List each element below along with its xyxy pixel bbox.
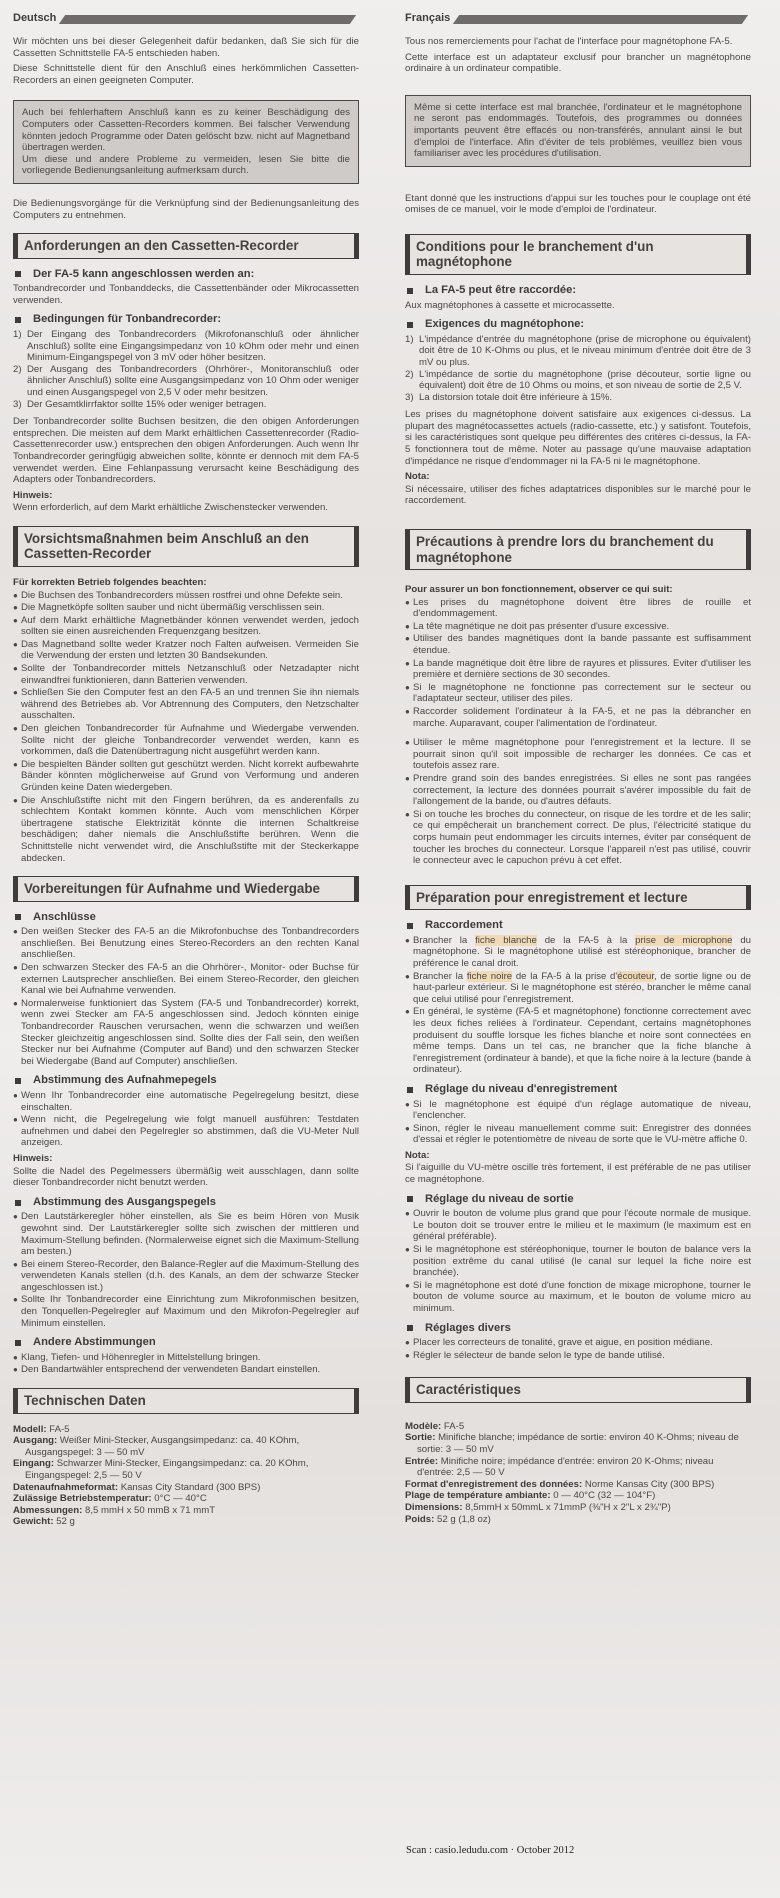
precautions-list: ●Les prises du magnétophone doivent être… xyxy=(405,597,751,867)
bullet-icon: ● xyxy=(13,1364,21,1376)
list-item: ●Si le magnétophone est équipé d'un régl… xyxy=(405,1099,751,1122)
intro-paragraph: Diese Schnittstelle dient für den Anschl… xyxy=(13,63,359,86)
connections-list: ●Den weißen Stecker des FA-5 an die Mikr… xyxy=(13,926,359,1067)
bullet-icon: ● xyxy=(405,809,413,867)
section-heading: Vorbereitungen für Aufnahme und Wiederga… xyxy=(13,876,359,902)
list-item: ●Placer les correcteurs de tonalité, gra… xyxy=(405,1337,751,1349)
list-item: ●Den gleichen Tonbandrecorder für Aufnah… xyxy=(13,723,359,758)
notice-text: Auch bei fehlerhaftem Anschluß kann es z… xyxy=(22,107,350,153)
list-item: ●Utiliser des bandes magnétiques dont la… xyxy=(405,633,751,656)
bullet-icon: ● xyxy=(405,737,413,772)
bullet-icon: ● xyxy=(13,1352,21,1364)
list-item: ●Utiliser le même magnétophone pour l'en… xyxy=(405,737,751,772)
subsection-heading: Réglage du niveau d'enregistrement xyxy=(405,1084,751,1096)
square-bullet-icon xyxy=(407,288,413,294)
list-item: ●Brancher la fiche blanche de la FA-5 à … xyxy=(405,935,751,970)
list-item: ●Brancher la fiche noire de la FA-5 à la… xyxy=(405,971,751,1006)
note-label: Nota: xyxy=(405,471,751,483)
output-level-list: ●Ouvrir le bouton de volume plus grand q… xyxy=(405,1208,751,1314)
other-adjustments-list: ●Klang, Tiefen- und Höhenregler in Mitte… xyxy=(13,1352,359,1376)
spec-row: Datenaufnahmeformat: Kansas City Standar… xyxy=(13,1482,359,1494)
subsection-heading: Réglages divers xyxy=(405,1323,751,1335)
square-bullet-icon xyxy=(407,1087,413,1093)
square-bullet-icon xyxy=(407,322,413,328)
precautions-list: ●Die Buchsen des Tonbandrecorders müssen… xyxy=(13,590,359,865)
spec-row: Modèle: FA-5 xyxy=(405,1421,751,1433)
square-bullet-icon xyxy=(15,914,21,920)
square-bullet-icon xyxy=(15,1078,21,1084)
scanned-manual-page: Deutsch Wir möchten uns bei dieser Geleg… xyxy=(0,0,780,1898)
spec-row: Entrée: Minifiche noire; impédance d'ent… xyxy=(405,1456,751,1479)
highlighted-text: prise de microphone xyxy=(635,935,732,946)
list-item: ●En général, le système (FA-5 et magnéto… xyxy=(405,1006,751,1076)
bullet-icon: ● xyxy=(13,1114,21,1149)
list-item: 1)Der Eingang des Tonbandrecorders (Mikr… xyxy=(13,329,359,364)
decorative-slanted-bar xyxy=(59,15,356,24)
list-item: ●Si le magnétophone ne fonctionne pas co… xyxy=(405,682,751,705)
square-bullet-icon xyxy=(407,1325,413,1331)
list-item: 3)Der Gesamtklirrfaktor sollte 15% oder … xyxy=(13,399,359,411)
spec-row: Sortie: Minifiche blanche; impédance de … xyxy=(405,1432,751,1455)
bullet-icon: ● xyxy=(13,962,21,997)
bullet-icon: ● xyxy=(405,1280,413,1315)
body-text: Aux magnétophones à cassette et microcas… xyxy=(405,300,751,312)
decorative-slanted-bar xyxy=(453,15,748,24)
bullet-icon: ● xyxy=(405,682,413,705)
subsection-heading: Exigences du magnétophone: xyxy=(405,319,751,331)
warning-notice-box: Auch bei fehlerhaftem Anschluß kann es z… xyxy=(13,100,359,184)
square-bullet-icon xyxy=(15,1340,21,1346)
language-header-german: Deutsch xyxy=(13,12,359,26)
highlighted-text: fiche blanche xyxy=(475,935,537,946)
bullet-icon: ● xyxy=(13,1211,21,1257)
intro-paragraph: Cette interface est un adaptateur exclus… xyxy=(405,52,751,75)
list-item: ●Die Magnetköpfe sollten sauber und nich… xyxy=(13,602,359,614)
list-item: 2)L'impédance de sortie du magnétophone … xyxy=(405,369,751,392)
list-item: ●Wenn nicht, die Pegelregelung wie folgt… xyxy=(13,1114,359,1149)
body-text: Tonbandrecorder und Tonbanddecks, die Ca… xyxy=(13,283,359,306)
spec-row: Gewicht: 52 g xyxy=(13,1516,359,1528)
numbered-requirements-list: 1)Der Eingang des Tonbandrecorders (Mikr… xyxy=(13,329,359,410)
list-item: ●Den weißen Stecker des FA-5 an die Mikr… xyxy=(13,926,359,961)
spec-row: Format d'enregistrement des données: Nor… xyxy=(405,1479,751,1491)
list-item: 2)Der Ausgang des Tonbandrecorders (Ohrh… xyxy=(13,364,359,399)
recording-level-list: ●Si le magnétophone est équipé d'un régl… xyxy=(405,1099,751,1146)
connection-list: ●Brancher la fiche blanche de la FA-5 à … xyxy=(405,935,751,1076)
bullet-icon: ● xyxy=(13,723,21,758)
body-text: Der Tonbandrecorder sollte Buchsen besit… xyxy=(13,416,359,486)
bullet-icon: ● xyxy=(405,621,413,633)
list-item: ●Wenn Ihr Tonbandrecorder eine automatis… xyxy=(13,1090,359,1113)
bullet-icon: ● xyxy=(405,1244,413,1279)
section-heading: Vorsichtsmaßnahmen beim Anschluß an den … xyxy=(13,526,359,567)
bullet-icon: ● xyxy=(13,687,21,722)
note-text: Si l'aiguille du VU-mètre oscille très f… xyxy=(405,1162,751,1185)
list-item: ●Die bespielten Bänder sollten gut gesch… xyxy=(13,759,359,794)
note-text: Wenn erforderlich, auf dem Markt erhältl… xyxy=(13,502,359,514)
bullet-icon: ● xyxy=(405,1123,413,1146)
bullet-icon: ● xyxy=(405,706,413,729)
bullet-icon: ● xyxy=(405,1208,413,1243)
list-item: 3)La distorsion totale doit être inférie… xyxy=(405,392,751,404)
output-level-list: ●Den Lautstärkeregler höher einstellen, … xyxy=(13,1211,359,1329)
intro-paragraph: Tous nos remerciements pour l'achat de l… xyxy=(405,36,751,48)
subsection-heading: Raccordement xyxy=(405,920,751,932)
lead-text: Pour assurer un bon fonctionnement, obse… xyxy=(405,584,751,596)
note-text: Sollte die Nadel des Pegelmessers übermä… xyxy=(13,1166,359,1189)
operation-note: Die Bedienungsvorgänge für die Verknüpfu… xyxy=(13,198,359,221)
list-item: ●Normalerweise funktioniert das System (… xyxy=(13,998,359,1068)
section-heading: Précautions à prendre lors du branchemen… xyxy=(405,529,751,570)
list-item: ●Les prises du magnétophone doivent être… xyxy=(405,597,751,620)
french-column: Français Tous nos remerciements pour l'a… xyxy=(405,8,751,1525)
subsection-heading: Anschlüsse xyxy=(13,912,359,924)
section-heading: Préparation pour enregistrement et lectu… xyxy=(405,885,751,911)
bullet-icon: ● xyxy=(405,633,413,656)
subsection-heading: Andere Abstimmungen xyxy=(13,1337,359,1349)
bullet-icon: ● xyxy=(405,1350,413,1362)
spec-row: Dimensions: 8,5mmH x 50mmL x 71mmP (⅜"H … xyxy=(405,1502,751,1514)
highlighted-text: écouteur xyxy=(617,971,654,982)
subsection-heading: Réglage du niveau de sortie xyxy=(405,1194,751,1206)
list-item: ●La bande magnétique doit être libre de … xyxy=(405,658,751,681)
section-heading: Conditions pour le branchement d'un magn… xyxy=(405,234,751,275)
bullet-icon: ● xyxy=(13,926,21,961)
section-heading: Anforderungen an den Cassetten-Recorder xyxy=(13,233,359,259)
bullet-icon: ● xyxy=(13,795,21,865)
bullet-icon: ● xyxy=(13,1090,21,1113)
note-label: Hinweis: xyxy=(13,1153,359,1165)
square-bullet-icon xyxy=(15,1200,21,1206)
recording-level-list: ●Wenn Ihr Tonbandrecorder eine automatis… xyxy=(13,1090,359,1149)
list-item: ●Sollte Ihr Tonbandrecorder eine Einrich… xyxy=(13,1294,359,1329)
spec-row: Eingang: Schwarzer Mini-Stecker, Eingang… xyxy=(13,1458,359,1481)
bullet-icon: ● xyxy=(405,1337,413,1349)
note-label: Nota: xyxy=(405,1150,751,1162)
bullet-icon: ● xyxy=(13,615,21,638)
language-label: Français xyxy=(405,13,450,25)
misc-adjustments-list: ●Placer les correcteurs de tonalité, gra… xyxy=(405,1337,751,1361)
bullet-icon: ● xyxy=(405,971,413,1006)
subsection-heading: La FA-5 peut être raccordée: xyxy=(405,285,751,297)
bullet-icon: ● xyxy=(405,1006,413,1076)
list-item: ●Klang, Tiefen- und Höhenregler in Mitte… xyxy=(13,1352,359,1364)
spec-row: Abmessungen: 8,5 mmH x 50 mmB x 71 mmT xyxy=(13,1505,359,1517)
lead-text: Für korrekten Betrieb folgendes beachten… xyxy=(13,577,359,589)
list-item: ●La tête magnétique ne doit pas présente… xyxy=(405,621,751,633)
language-label: Deutsch xyxy=(13,13,56,25)
list-item: ●Den schwarzen Stecker des FA-5 an die O… xyxy=(13,962,359,997)
intro-paragraph: Wir möchten uns bei dieser Gelegenheit d… xyxy=(13,36,359,59)
notice-text: Même si cette interface est mal branchée… xyxy=(414,102,742,160)
section-heading: Technischen Daten xyxy=(13,1388,359,1414)
list-item: ●Das Magnetband sollte weder Kratzer noc… xyxy=(13,639,359,662)
list-item: ●Prendre grand soin des bandes enregistr… xyxy=(405,773,751,808)
list-item: ●Auf dem Markt erhältliche Magnetbänder … xyxy=(13,615,359,638)
bullet-icon: ● xyxy=(405,935,413,970)
note-text: Si nécessaire, utiliser des fiches adapt… xyxy=(405,484,751,507)
square-bullet-icon xyxy=(407,923,413,929)
list-item: ●Régler le sélecteur de bande selon le t… xyxy=(405,1350,751,1362)
scan-credit: Scan : casio.ledudu.com · October 2012 xyxy=(406,1845,574,1856)
bullet-icon: ● xyxy=(13,639,21,662)
square-bullet-icon xyxy=(15,317,21,323)
warning-notice-box: Même si cette interface est mal branchée… xyxy=(405,95,751,167)
spec-row: Plage de température ambiante: 0 — 40°C … xyxy=(405,1490,751,1502)
list-item: ●Die Buchsen des Tonbandrecorders müssen… xyxy=(13,590,359,602)
bullet-icon: ● xyxy=(13,1294,21,1329)
square-bullet-icon xyxy=(407,1196,413,1202)
list-item: ●Schließen Sie den Computer fest an den … xyxy=(13,687,359,722)
list-item: ●Den Bandartwähler entsprechend der verw… xyxy=(13,1364,359,1376)
list-item: ●Die Anschlußstifte nicht mit den Finger… xyxy=(13,795,359,865)
highlighted-text: fiche noire xyxy=(467,971,512,982)
list-item: ●Raccorder solidement l'ordinateur à la … xyxy=(405,706,751,729)
spec-row: Ausgang: Weißer Mini-Stecker, Ausgangsim… xyxy=(13,1435,359,1458)
subsection-heading: Abstimmung des Aufnahmepegels xyxy=(13,1075,359,1087)
german-column: Deutsch Wir möchten uns bei dieser Geleg… xyxy=(13,8,359,1528)
subsection-heading: Bedingungen für Tonbandrecorder: xyxy=(13,314,359,326)
list-item: ●Si on touche les broches du connecteur,… xyxy=(405,809,751,867)
list-item: ●Si le magnétophone est doté d'une fonct… xyxy=(405,1280,751,1315)
bullet-icon: ● xyxy=(13,663,21,686)
list-item: ●Bei einem Stereo-Recorder, den Balance-… xyxy=(13,1259,359,1294)
numbered-requirements-list: 1)L'impédance d'entrée du magnétophone (… xyxy=(405,334,751,404)
bullet-icon: ● xyxy=(13,602,21,614)
list-item: ●Den Lautstärkeregler höher einstellen, … xyxy=(13,1211,359,1257)
bullet-icon: ● xyxy=(13,998,21,1068)
list-item: 1)L'impédance d'entrée du magnétophone (… xyxy=(405,334,751,369)
subsection-heading: Abstimmung des Ausgangspegels xyxy=(13,1197,359,1209)
spec-row: Poids: 52 g (1,8 oz) xyxy=(405,1514,751,1526)
note-label: Hinweis: xyxy=(13,490,359,502)
notice-text: Um diese und andere Probleme zu vermeide… xyxy=(22,154,350,177)
square-bullet-icon xyxy=(15,271,21,277)
subsection-heading: Der FA-5 kann angeschlossen werden an: xyxy=(13,269,359,281)
section-heading: Caractéristiques xyxy=(405,1377,751,1403)
bullet-icon: ● xyxy=(13,1259,21,1294)
list-item: ●Sinon, régler le niveau manuellement co… xyxy=(405,1123,751,1146)
bullet-icon: ● xyxy=(405,597,413,620)
bullet-icon: ● xyxy=(405,1099,413,1122)
bullet-icon: ● xyxy=(13,590,21,602)
spec-list: Modèle: FA-5 Sortie: Minifiche blanche; … xyxy=(405,1421,751,1525)
spec-list: Modell: FA-5 Ausgang: Weißer Mini-Stecke… xyxy=(13,1424,359,1528)
operation-note: Etant donné que les instructions d'appui… xyxy=(405,193,751,216)
list-item: ●Ouvrir le bouton de volume plus grand q… xyxy=(405,1208,751,1243)
bullet-icon: ● xyxy=(405,658,413,681)
spec-row: Modell: FA-5 xyxy=(13,1424,359,1436)
spec-row: Zulässige Betriebstemperatur: 0°C — 40°C xyxy=(13,1493,359,1505)
language-header-french: Français xyxy=(405,12,751,26)
list-item: ●Si le magnétophone est stéréophonique, … xyxy=(405,1244,751,1279)
bullet-icon: ● xyxy=(13,759,21,794)
bullet-icon: ● xyxy=(405,773,413,808)
list-item: ●Sollte der Tonbandrecorder mittels Netz… xyxy=(13,663,359,686)
body-text: Les prises du magnétophone doivent satis… xyxy=(405,409,751,467)
